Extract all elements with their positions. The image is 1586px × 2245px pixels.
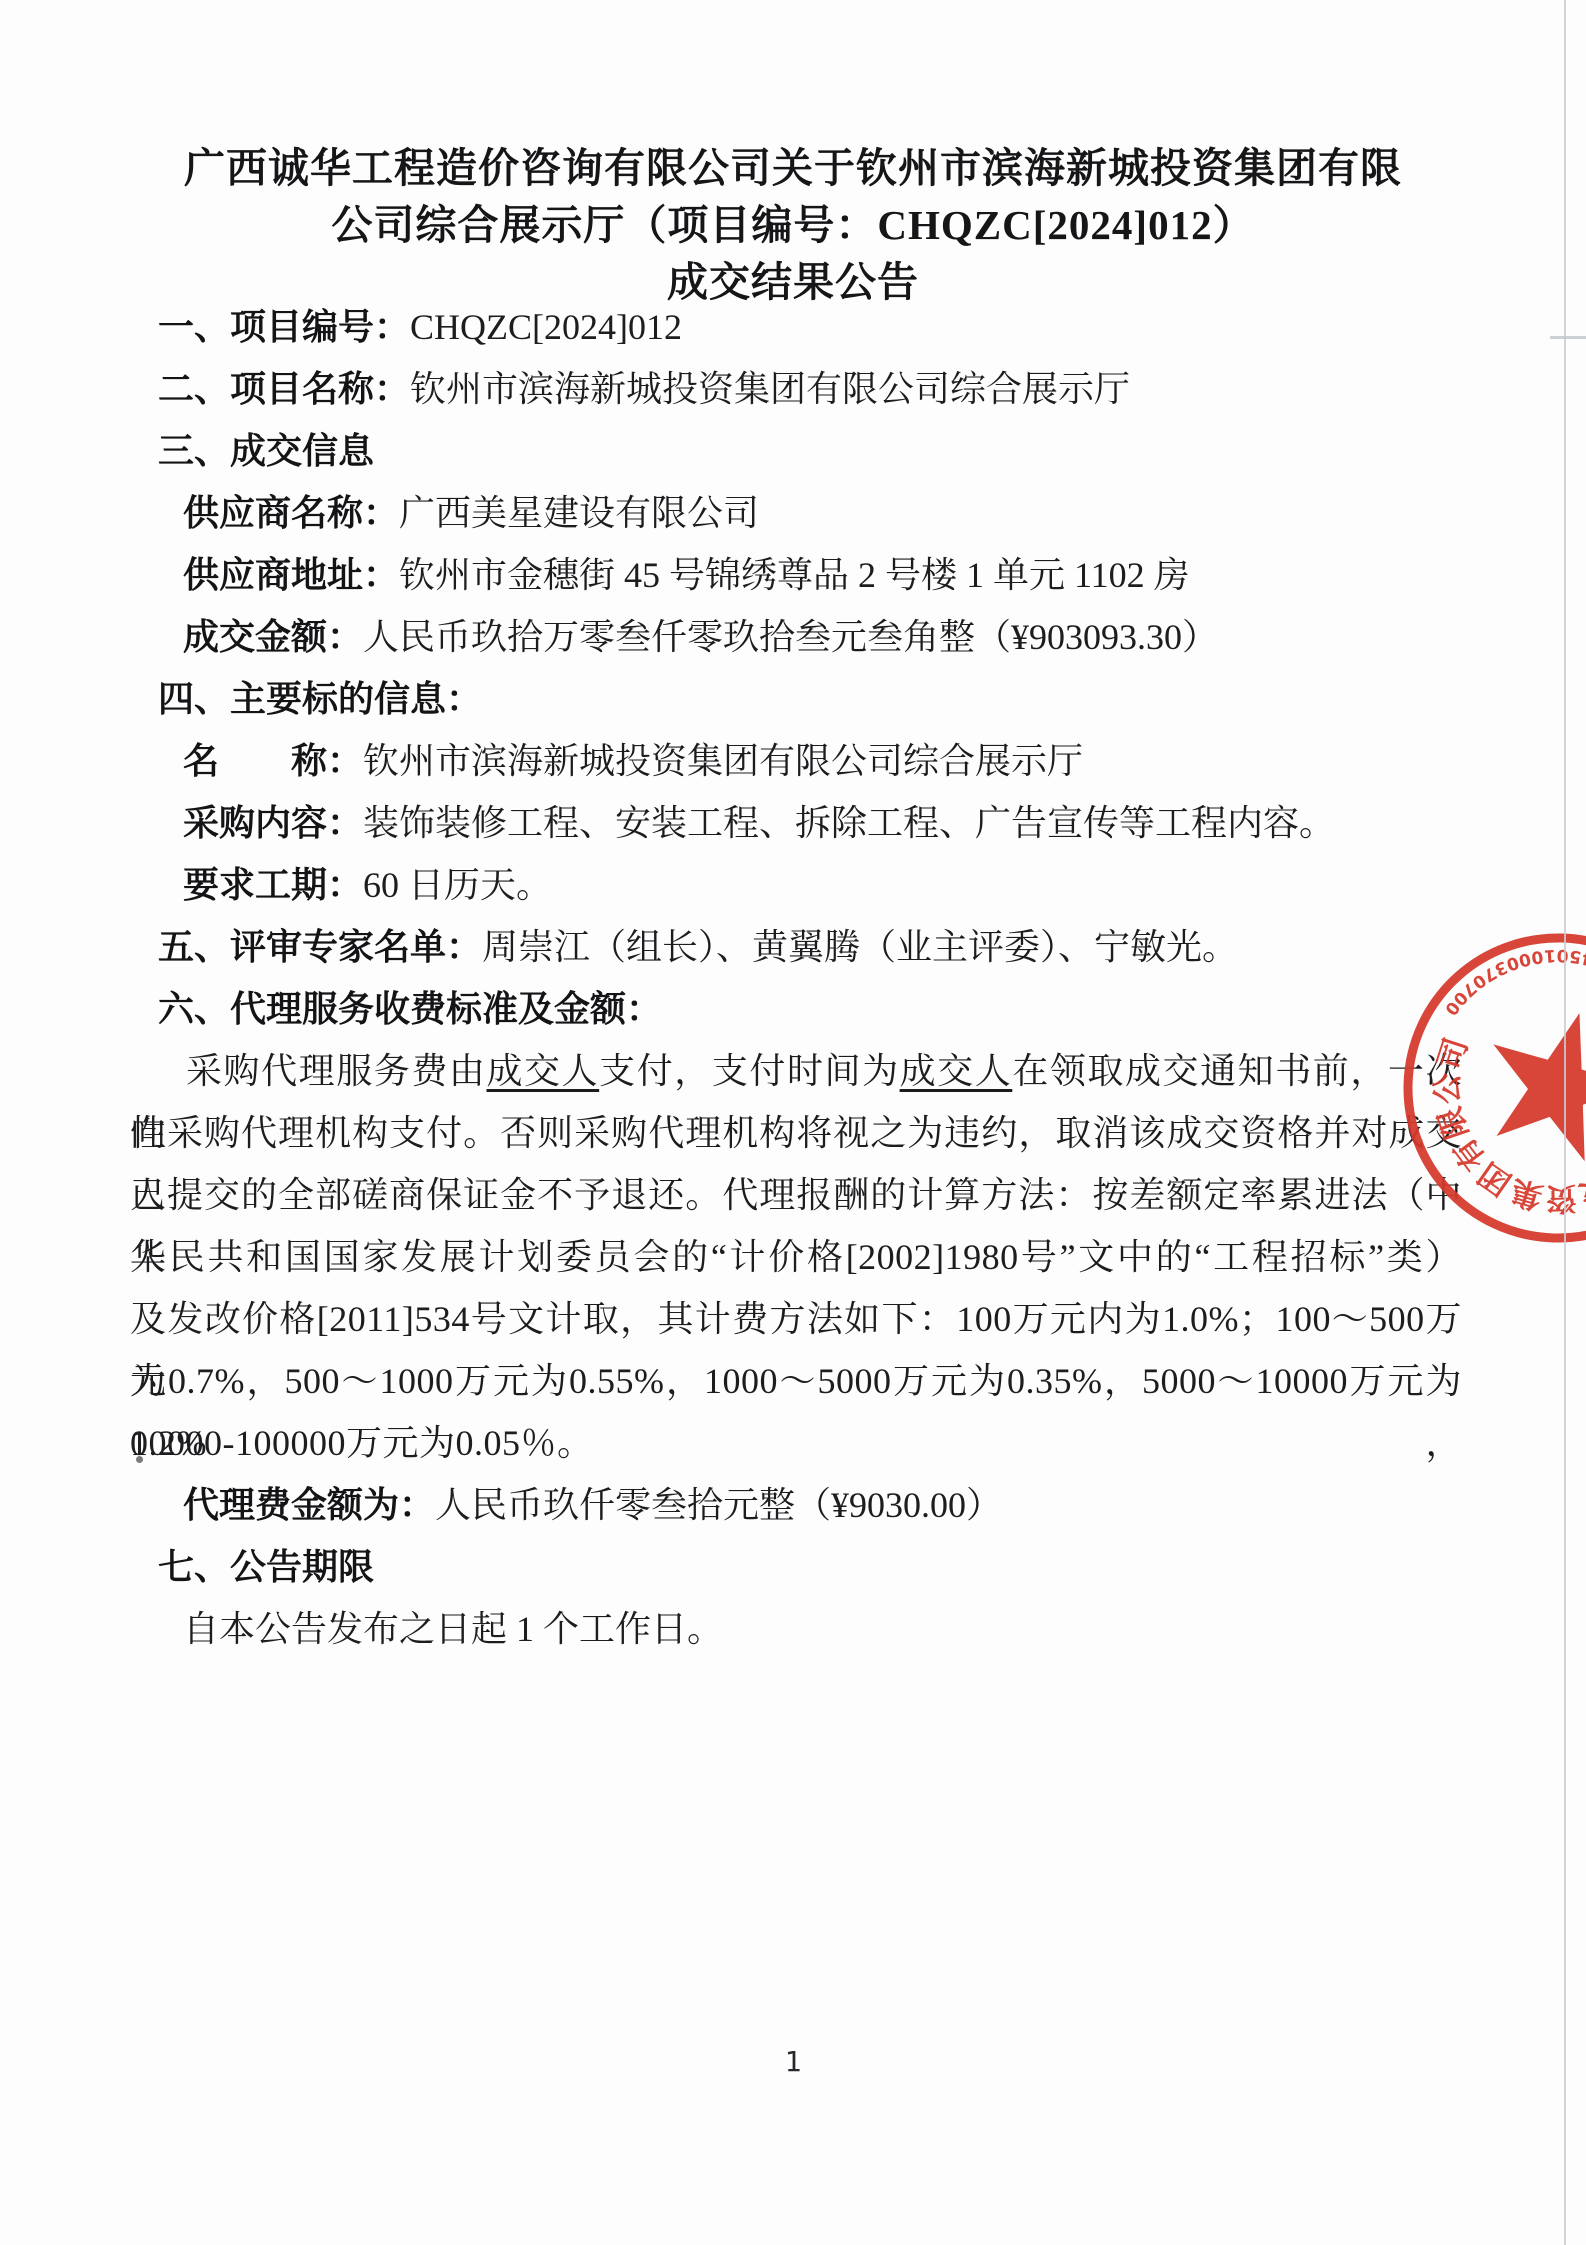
subject-name-value: 钦州市滨海新城投资集团有限公司综合展示厅 (363, 741, 1083, 781)
project-number-value: CHQZC[2024]012 (410, 307, 682, 347)
para1-underlined-2: 成交人 (900, 1051, 1013, 1091)
paragraph-line-3: 已提交的全部磋商保证金不予退还。代理报酬的计算方法：按差额定率累进法（中华 (130, 1164, 1462, 1226)
award-amount-label: 成交金额： (183, 617, 363, 657)
svg-text:0: 0 (1556, 945, 1569, 965)
svg-text:公: 公 (1430, 1073, 1465, 1104)
row-agency-fee-amount: 代理费金额为：人民币玖仟零叁拾元整（¥9030.00） (130, 1474, 1462, 1536)
svg-text:1: 1 (1543, 945, 1556, 966)
project-name-value: 钦州市滨海新城投资集团有限公司综合展示厅 (410, 369, 1130, 409)
project-name-label: 二、项目名称： (158, 369, 410, 409)
supplier-name-label: 供应商名称： (183, 493, 399, 533)
paragraph-line-2: 向采购代理机构支付。否则采购代理机构将视之为违约，取消该成交资格并对成交人 (130, 1102, 1462, 1164)
row-subject-name: 名 称：钦州市滨海新城投资集团有限公司综合展示厅 (130, 730, 1462, 792)
svg-text:资: 资 (1544, 1180, 1577, 1216)
para1-seg2: 支付，支付时间为 (599, 1051, 899, 1091)
paragraph-line-5: 及发改价格[2011]534号文计取，其计费方法如下：100万元内为1.0%；1… (130, 1288, 1462, 1350)
agency-fee-heading-label: 六、代理服务收费标准及金额： (158, 989, 662, 1029)
procurement-content-value: 装饰装修工程、安装工程、拆除工程、广告宣传等工程内容。 (363, 803, 1335, 843)
document-title: 广西诚华工程造价咨询有限公司关于钦州市滨海新城投资集团有限 公司综合展示厅（项目… (0, 140, 1586, 311)
title-line-2: 公司综合展示厅（项目编号：CHQZC[2024]012） (0, 197, 1586, 254)
paragraph-line-4: 人民共和国国家发展计划委员会的“计价格[2002]1980号”文中的“工程招标”… (130, 1226, 1462, 1288)
item-project-name: 二、项目名称：钦州市滨海新城投资集团有限公司综合展示厅 (130, 358, 1462, 420)
para1-underlined-1: 成交人 (486, 1051, 599, 1091)
svg-text:司: 司 (1431, 1034, 1474, 1074)
notice-period-value: 自本公告发布之日起 1 个工作日。 (183, 1609, 723, 1649)
paragraph-line-6: 为0.7%，500～1000万元为0.55%，1000～5000万元为0.35%… (130, 1350, 1462, 1412)
subject-info-label: 四、主要标的信息： (158, 679, 482, 719)
item-award-info-heading: 三、成交信息 (130, 420, 1462, 482)
award-info-label: 三、成交信息 (158, 431, 374, 471)
award-amount-value: 人民币玖拾万零叁仟零玖拾叁元叁角整（¥903093.30） (363, 617, 1218, 657)
row-procurement-content: 采购内容：装饰装修工程、安装工程、拆除工程、广告宣传等工程内容。 (130, 792, 1462, 854)
row-required-duration: 要求工期：60 日历天。 (130, 854, 1462, 916)
notice-period-label: 七、公告期限 (158, 1547, 374, 1587)
svg-text:5: 5 (1568, 945, 1582, 966)
row-notice-period: 自本公告发布之日起 1 个工作日。 (130, 1598, 1462, 1660)
required-duration-label: 要求工期： (183, 865, 363, 905)
item-expert-list: 五、评审专家名单：周崇江（组长）、黄翼腾（业主评委）、宁敏光。 (130, 916, 1462, 978)
supplier-name-value: 广西美星建设有限公司 (399, 493, 759, 533)
scan-artifact-dot (136, 1456, 143, 1463)
item-project-number: 一、项目编号：CHQZC[2024]012 (130, 296, 1462, 358)
expert-list-value: 周崇江（组长）、黄翼腾（业主评委）、宁敏光。 (482, 927, 1238, 967)
item-subject-info-heading: 四、主要标的信息： (130, 668, 1462, 730)
subject-name-label: 名 称： (183, 741, 363, 781)
item-notice-period-heading: 七、公告期限 (130, 1536, 1462, 1598)
expert-list-label: 五、评审专家名单： (158, 927, 482, 967)
agency-fee-amount-value: 人民币玖仟零叁拾元整（¥9030.00） (435, 1485, 1002, 1525)
procurement-content-label: 采购内容： (183, 803, 363, 843)
project-number-label: 一、项目编号： (158, 307, 410, 347)
paragraph-line-1: 采购代理服务费由成交人支付，支付时间为成交人在领取成交通知书前，一次性 (130, 1040, 1462, 1102)
page-number: 1 (0, 2042, 1586, 2082)
item-agency-fee-heading: 六、代理服务收费标准及金额： (130, 978, 1462, 1040)
required-duration-value: 60 日历天。 (363, 865, 552, 905)
row-award-amount: 成交金额：人民币玖拾万零叁仟零玖拾叁元叁角整（¥903093.30） (130, 606, 1462, 668)
scan-artifact-tick (1550, 336, 1586, 339)
scanned-document-page: 广西诚华工程造价咨询有限公司关于钦州市滨海新城投资集团有限 公司综合展示厅（项目… (0, 0, 1586, 2245)
agency-fee-amount-label: 代理费金额为： (183, 1485, 435, 1525)
supplier-address-value: 钦州市金穗街 45 号锦绣尊品 2 号楼 1 单元 1102 房 (399, 555, 1190, 595)
row-supplier-name: 供应商名称：广西美星建设有限公司 (130, 482, 1462, 544)
para1-seg1: 采购代理服务费由 (186, 1051, 486, 1091)
supplier-address-label: 供应商地址： (183, 555, 399, 595)
row-supplier-address: 供应商地址：钦州市金穗街 45 号锦绣尊品 2 号楼 1 单元 1102 房 (130, 544, 1462, 606)
document-body: 一、项目编号：CHQZC[2024]012 二、项目名称：钦州市滨海新城投资集团… (130, 296, 1462, 1660)
title-line-1: 广西诚华工程造价咨询有限公司关于钦州市滨海新城投资集团有限 (0, 140, 1586, 197)
